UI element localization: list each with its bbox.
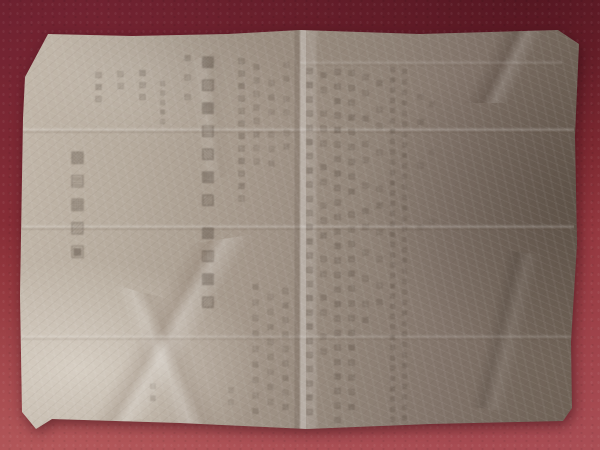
photograph: ▩▤▦▧▣▩▧▦▤▨▦▧ ▩▥▦▧▤▦▧▨▥▦▤▧▧▨▤▦▥▦ ▧ ▤▤▧▦▨▥… [0, 0, 600, 450]
photo-vignette [0, 0, 600, 450]
